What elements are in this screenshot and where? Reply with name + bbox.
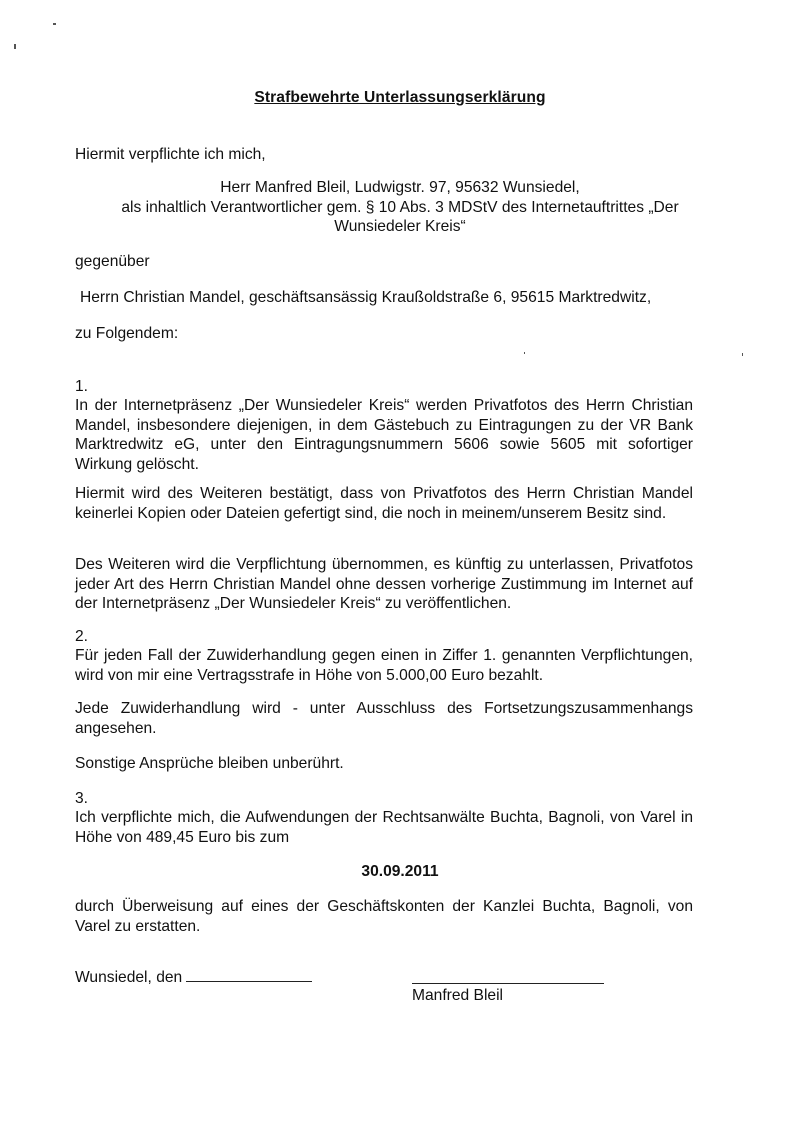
towards-text: gegenüber — [75, 252, 693, 272]
document-page: Strafbewehrte Unterlassungserklärung Hie… — [0, 0, 800, 1132]
scan-speck — [53, 23, 56, 25]
date-blank-line — [186, 967, 312, 982]
section-3-paragraph-1: Ich verpflichte mich, die Aufwendungen d… — [75, 808, 693, 847]
scan-speck — [524, 352, 525, 354]
document-title: Strafbewehrte Unterlassungserklärung — [0, 88, 800, 108]
section-2-paragraph-2: Jede Zuwiderhandlung wird - unter Aussch… — [75, 699, 693, 738]
section-3-number: 3. — [75, 789, 693, 809]
section-2-number: 2. — [75, 627, 693, 647]
section-2-paragraph-3: Sonstige Ansprüche bleiben unberührt. — [75, 754, 693, 774]
obligor-block: Herr Manfred Bleil, Ludwigstr. 97, 95632… — [60, 178, 740, 237]
obligor-line-3: Wunsiedeler Kreis“ — [60, 217, 740, 237]
closing-text: durch Überweisung auf eines der Geschäft… — [75, 897, 693, 936]
place-label: Wunsiedel, den — [75, 969, 182, 986]
signature-place-date: Wunsiedel, den — [75, 967, 312, 988]
obligor-line-1: Herr Manfred Bleil, Ludwigstr. 97, 95632… — [60, 178, 740, 198]
signer-name: Manfred Bleil — [412, 986, 503, 1006]
scan-speck — [742, 353, 743, 356]
intro-text: Hiermit verpflichte ich mich, — [75, 145, 693, 165]
obligee-text: Herrn Christian Mandel, geschäftsansässi… — [80, 288, 760, 308]
obligor-line-2: als inhaltlich Verantwortlicher gem. § 1… — [60, 198, 740, 218]
section-1-paragraph-3: Des Weiteren wird die Verpflichtung über… — [75, 555, 693, 614]
following-text: zu Folgendem: — [75, 324, 693, 344]
section-2-paragraph-1: Für jeden Fall der Zuwiderhandlung gegen… — [75, 646, 693, 685]
section-1-number: 1. — [75, 377, 693, 397]
section-1-paragraph-1: In der Internetpräsenz „Der Wunsiedeler … — [75, 396, 693, 474]
scan-speck — [14, 44, 16, 49]
signature-line — [412, 983, 604, 984]
due-date: 30.09.2011 — [0, 862, 800, 882]
section-1-paragraph-2: Hiermit wird des Weiteren bestätigt, das… — [75, 484, 693, 523]
